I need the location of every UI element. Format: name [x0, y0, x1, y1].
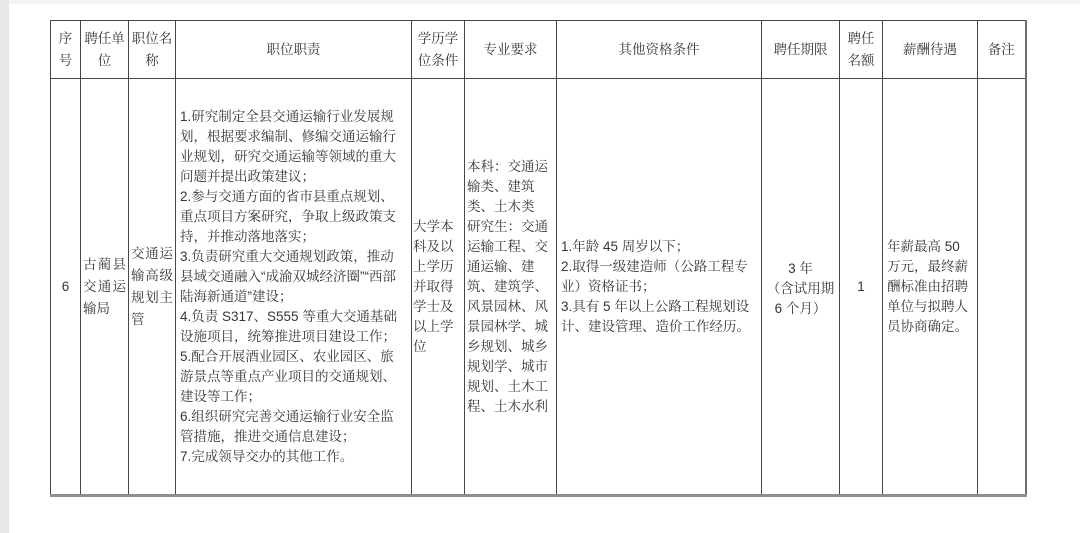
- cell-quota: 1: [840, 79, 883, 496]
- recruitment-table: 序号 聘任单位 职位名称 职位职责 学历学位条件 专业要求 其他资格条件 聘任期…: [50, 20, 1027, 497]
- header-major-requirement: 专业要求: [465, 21, 557, 79]
- header-hiring-unit: 聘任单位: [81, 21, 129, 79]
- cell-education-requirement: 大学本科及以上学历并取得学士及以上学位: [412, 79, 465, 496]
- cell-serial-number: 6: [51, 79, 81, 496]
- cell-hiring-unit: 古蔺县交通运输局: [81, 79, 129, 496]
- cell-position-duties: 1.研究制定全县交通运输行业发展规划，根据要求编制、修编交通运输行业规划，研究交…: [176, 79, 412, 496]
- cell-other-qualifications: 1.年龄 45 周岁以下； 2.取得一级建造师（公路工程专业）资格证书； 3.具…: [557, 79, 762, 496]
- page-margin-left: [0, 0, 9, 533]
- header-position-duties: 职位职责: [176, 21, 412, 79]
- header-serial-number: 序号: [51, 21, 81, 79]
- header-remarks: 备注: [978, 21, 1026, 79]
- header-salary: 薪酬待遇: [883, 21, 978, 79]
- header-position-name: 职位名称: [129, 21, 176, 79]
- table-row: 6 古蔺县交通运输局 交通运输高级规划主管 1.研究制定全县交通运输行业发展规划…: [51, 79, 1026, 496]
- header-education-requirement: 学历学位条件: [412, 21, 465, 79]
- header-other-qualifications: 其他资格条件: [557, 21, 762, 79]
- cell-position-name: 交通运输高级规划主管: [129, 79, 176, 496]
- cell-employment-term: 3 年 （含试用期 6 个月）: [762, 79, 840, 496]
- table-header-row: 序号 聘任单位 职位名称 职位职责 学历学位条件 专业要求 其他资格条件 聘任期…: [51, 21, 1026, 79]
- cell-salary: 年薪最高 50 万元，最终薪酬标准由招聘单位与拟聘人员协商确定。: [883, 79, 978, 496]
- cell-major-requirement: 本科：交通运输类、建筑类、土木类 研究生：交通运输工程、交通运输、建筑、建筑学、…: [465, 79, 557, 496]
- header-quota: 聘任名额: [840, 21, 883, 79]
- page-margin-top: [9, 0, 1080, 4]
- cell-remarks: [978, 79, 1026, 496]
- header-employment-term: 聘任期限: [762, 21, 840, 79]
